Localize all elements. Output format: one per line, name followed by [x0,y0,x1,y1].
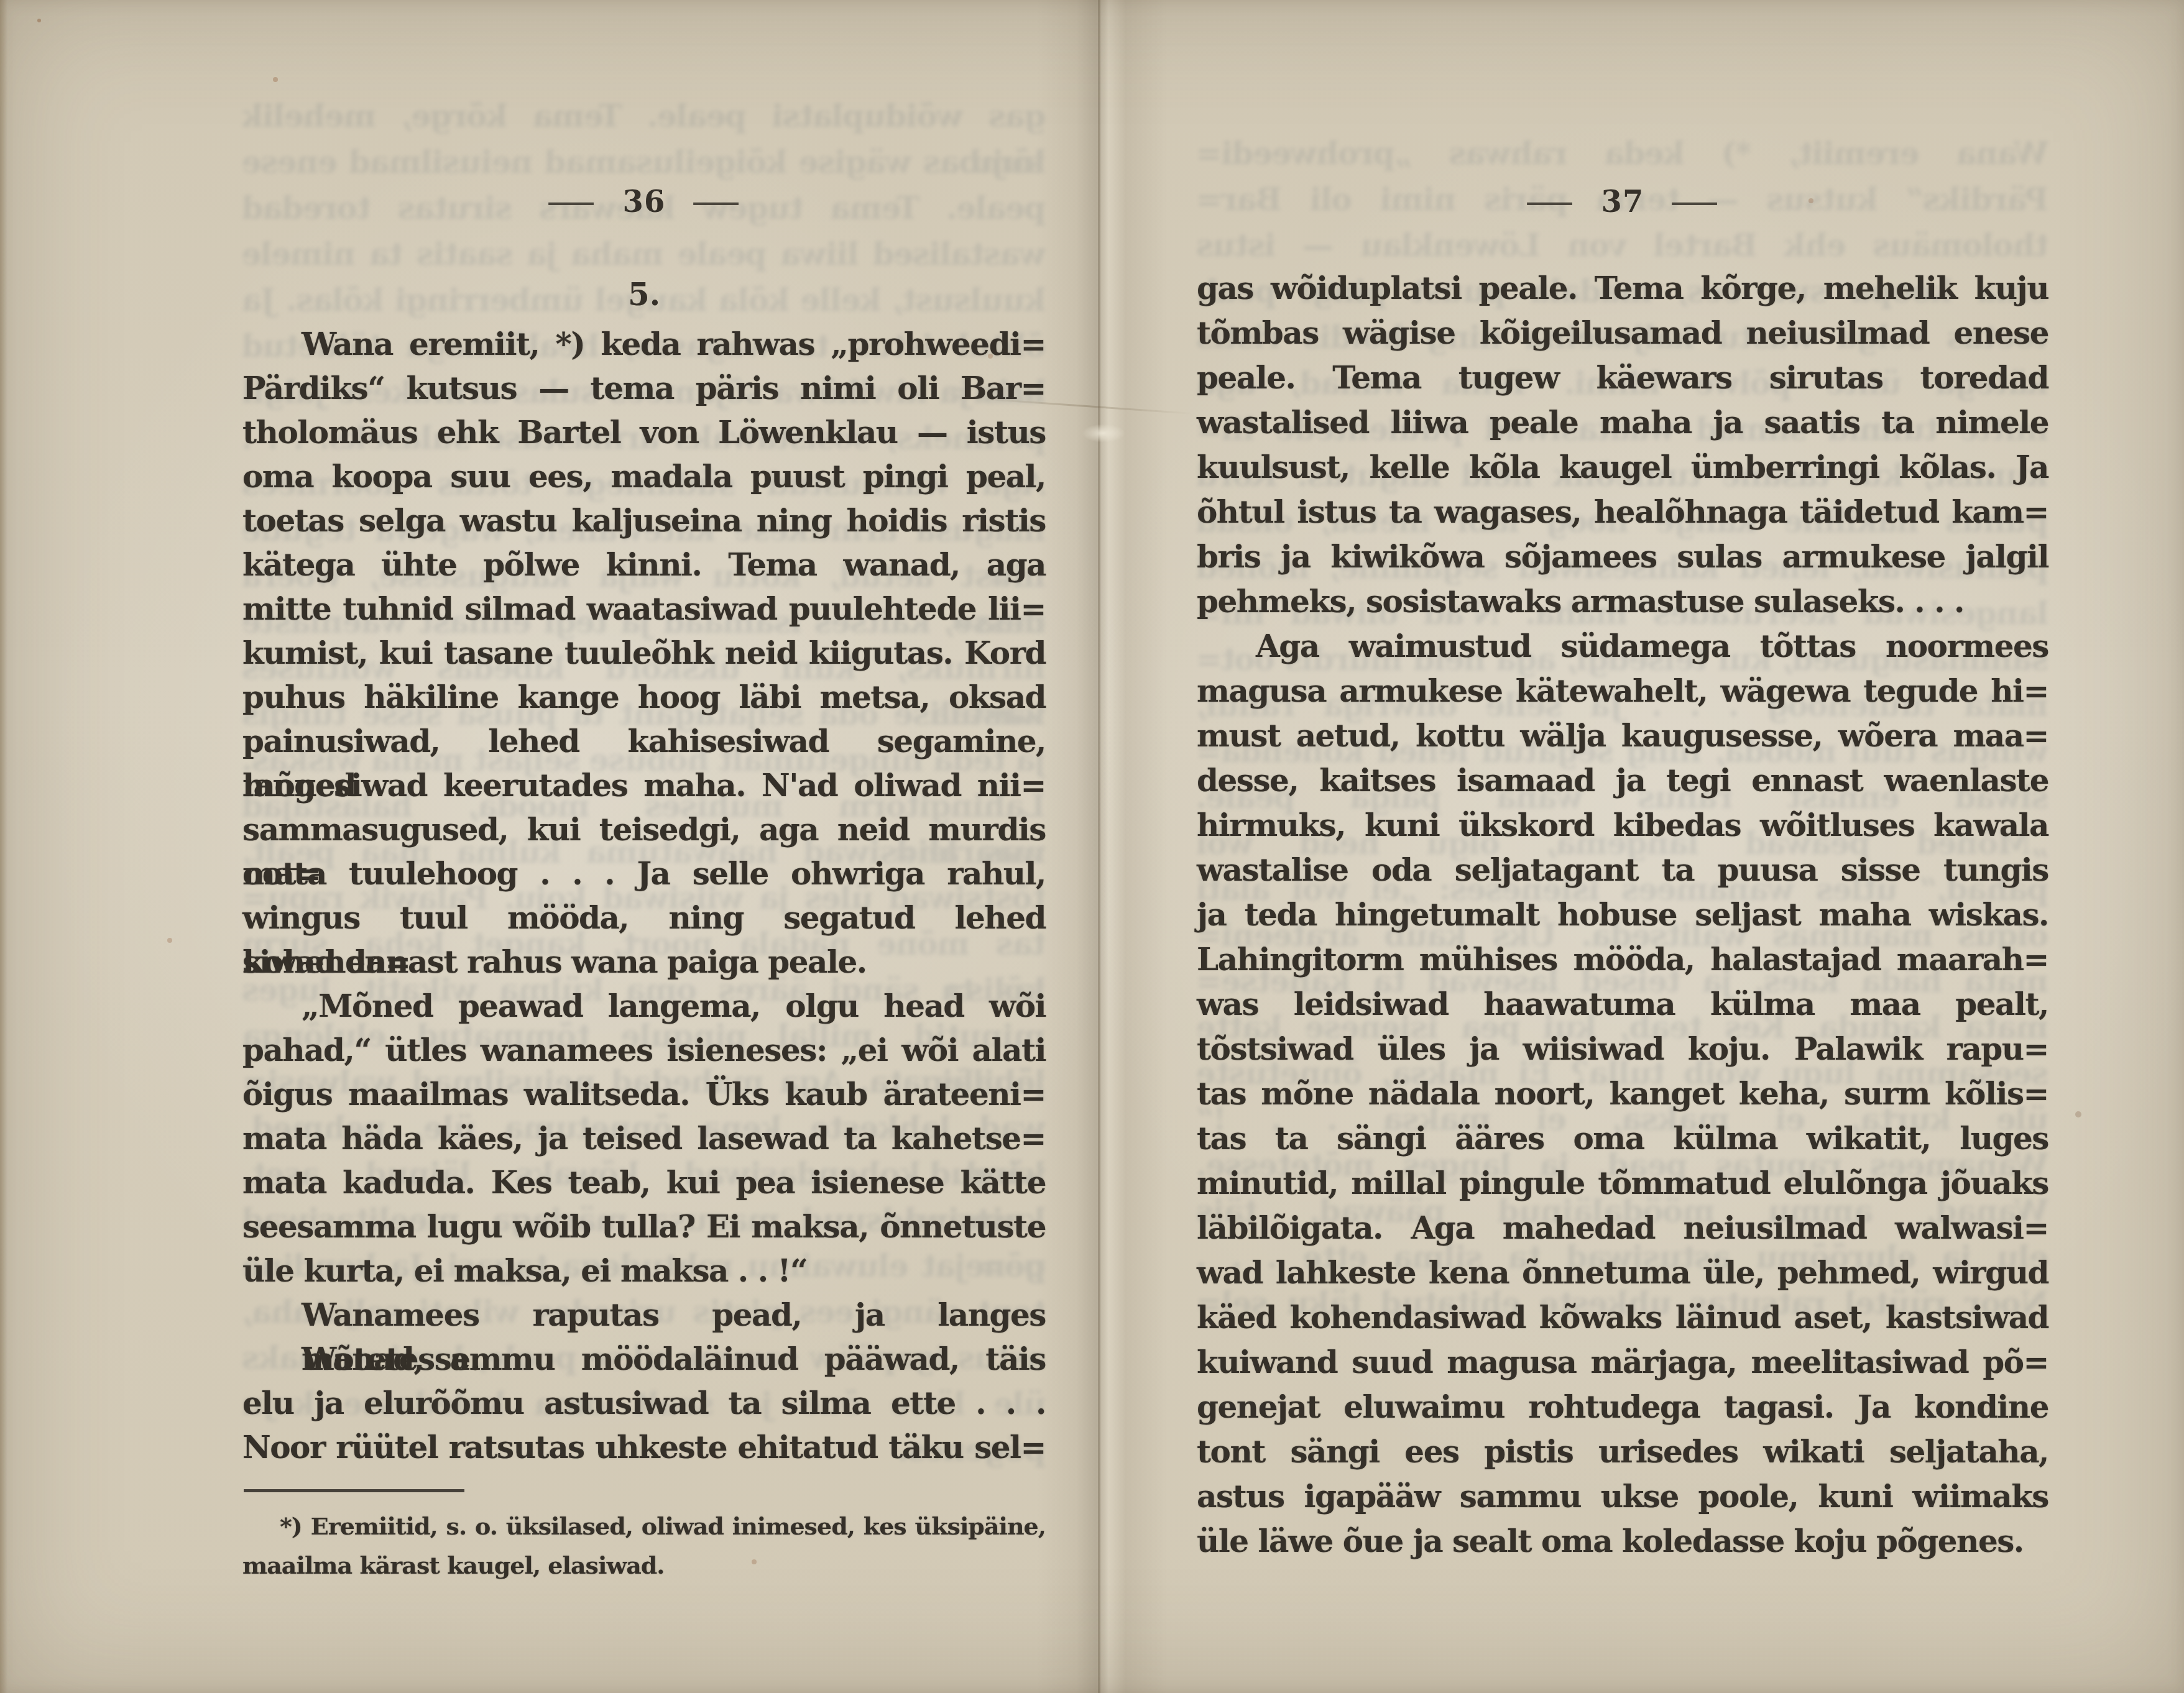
footnote-separator-rule [244,1489,464,1492]
text-line: bris ja kiwikõwa sõjamees sulas armukese… [1197,535,2048,579]
text-line: must aetud, kottu wälja kaugusesse, wõer… [1197,713,2048,758]
text-line: puhus häkiline kange hoog läbi metsa, ok… [242,675,1046,719]
bleedthrough-ghost-line: tõmbas wägise kõigeilusamad neiusilmad e… [242,139,1046,185]
bleedthrough-ghost-line: tholomäus ehk Bartel von Löwenklau — ist… [1197,223,2048,268]
text-line: mata kaduda. Kes teab, kui pea isienese … [242,1160,1046,1204]
text-line: Lahingitorm mühises mööda, halastajad ma… [1197,937,2048,982]
footnote-line: maailma kärast kaugel, elasiwad. [242,1546,1046,1585]
right-text-column: gas wõiduplatsi peale. Tema kõrge, mehel… [1197,266,2048,1564]
text-line: toetas selga wastu kaljuseina ning hoidi… [242,498,1046,543]
text-line: langesiwad keerutades maha. N'ad oliwad … [242,763,1046,807]
footnote: *) Eremiitid, s. o. üksilased, oliwad in… [242,1507,1046,1585]
text-line: üle läwe õue ja sealt oma koledasse koju… [1197,1519,2048,1564]
text-line: pehmeks, sosistawaks armastuse sulaseks.… [1197,579,2048,624]
text-line: läbilõigata. Aga mahedad neiusilmad walw… [1197,1206,2048,1250]
text-line: õhtul istus ta wagases, healõhnaga täide… [1197,490,2048,535]
text-line: siwad ennast rahus wana paiga peale. [242,940,1046,984]
footnote-line: *) Eremiitid, s. o. üksilased, oliwad in… [242,1507,1046,1546]
text-line: „Mõned peawad langema, olgu head wõi [242,984,1046,1028]
bleedthrough-ghost-line: gas wõiduplatsi peale. Tema kõrge, mehel… [242,93,1046,139]
text-line: magusa armukese kätewahelt, wägewa tegud… [1197,669,2048,713]
text-line: gas wõiduplatsi peale. Tema kõrge, mehel… [1197,266,2048,311]
text-line: hirmuks, kuni ükskord kibedas wõitluses … [1197,803,2048,848]
bleedthrough-ghost-line: Wana eremiit, *) keda rahwas „prohweedi= [1197,131,2048,177]
text-line: käed kohendasiwad kõwaks läinud aset, ka… [1197,1295,2048,1340]
text-line: wastalised liiwa peale maha ja saatis ta… [1197,400,2048,445]
left-page-header: —36— [242,184,1046,220]
header-dash-icon: — [1669,188,1721,216]
text-line: seesamma lugu wõib tulla? Ei maksa, õnne… [242,1204,1046,1249]
right-page-header: —37— [1197,184,2048,220]
gutter-shadow [1037,0,1168,1693]
section-heading: 5. [242,276,1046,313]
bleedthrough-ghost-line: wastalised liiwa peale maha ja saatis ta… [242,231,1046,277]
text-line: ja teda hingetumalt hobuse seljast maha … [1197,892,2048,937]
text-line: kuulsust, kelle kõla kaugel ümberringi k… [1197,445,2048,490]
text-line: üle kurta, ei maksa, ei maksa . . !“ [242,1249,1046,1293]
text-line: minutid, millal pingule tõmmatud elulõng… [1197,1161,2048,1206]
text-line: mitte tuhnid silmad waatasiwad puulehted… [242,587,1046,631]
text-line: wingus tuul mööda, ning segatud lehed ko… [242,896,1046,940]
gutter-fold-line [1098,0,1100,1693]
right-page-number: 37 [1601,185,1644,219]
text-line: sammasugused, kui teisedgi, aga neid mur… [242,807,1046,851]
left-text-column: Wana eremiit, *) keda rahwas „prohweedi=… [242,322,1046,1469]
text-line: desse, kaitses isamaad ja tegi ennast wa… [1197,758,2048,803]
header-dash-icon: — [545,188,597,216]
text-line: tont sängi ees pistis urisedes wikati se… [1197,1429,2048,1474]
text-line: Wanamees raputas pead, ja langes mõtetes… [242,1293,1046,1337]
text-line: mata tuulehoog . . . Ja selle ohwriga ra… [242,851,1046,896]
text-line: oma koopa suu ees, madala puust pingi pe… [242,454,1046,498]
book-scan-spread: { "colors": { "paper": "#d5ccb9", "ink":… [0,0,2184,1693]
text-line: pahad,“ ütles wanamees isieneses: „ei wõ… [242,1028,1046,1072]
header-dash-icon: — [1524,188,1575,216]
text-line: wastalise oda seljatagant ta puusa sisse… [1197,848,2048,892]
text-line: kätega ühte põlwe kinni. Tema wanad, aga [242,543,1046,587]
header-dash-icon: — [691,188,742,216]
text-line: Wanad, ammu möödaläinud pääwad, täis [242,1337,1046,1381]
paper-notch [1082,424,1125,443]
text-line: õigus maailmas walitseda. Üks kaub ärate… [242,1072,1046,1116]
text-line: tholomäus ehk Bartel von Löwenklau — ist… [242,410,1046,454]
text-line: peale. Tema tugew käewars sirutas toreda… [1197,356,2048,400]
text-line: Wana eremiit, *) keda rahwas „prohweedi= [242,322,1046,366]
text-line: Noor rüütel ratsutas uhkeste ehitatud tä… [242,1425,1046,1469]
paper-left-edge [0,0,7,1693]
text-line: Aga waimustud südamega tõttas noormees [1197,624,2048,669]
text-line: tas mõne nädala noort, kanget keha, surm… [1197,1071,2048,1116]
text-line: genejat eluwaimu rohtudega tagasi. Ja ko… [1197,1385,2048,1429]
text-line: kumist, kui tasane tuuleõhk neid kiiguta… [242,631,1046,675]
text-line: wad lahkeste kena õnnetuma üle, pehmed, … [1197,1250,2048,1295]
text-line: tõstsiwad üles ja wiisiwad koju. Palawik… [1197,1027,2048,1071]
text-line: mata häda käes, ja teised lasewad ta kah… [242,1116,1046,1160]
text-line: astus igapääw sammu ukse poole, kuni wii… [1197,1474,2048,1519]
paper-specks [37,19,41,22]
text-line: tas ta sängi ääres oma külma wikatit, lu… [1197,1116,2048,1161]
text-line: kuiwand suud magusa märjaga, meelitasiwa… [1197,1340,2048,1385]
text-line: was leidsiwad haawatuma külma maa pealt, [1197,982,2048,1027]
text-line: elu ja elurõõmu astusiwad ta silma ette … [242,1381,1046,1425]
left-page-number: 36 [623,185,666,219]
text-line: painusiwad, lehed kahisesiwad segamine, … [242,719,1046,763]
text-line: tõmbas wägise kõigeilusamad neiusilmad e… [1197,311,2048,356]
text-line: Pärdiks“ kutsus — tema päris nimi oli Ba… [242,366,1046,410]
